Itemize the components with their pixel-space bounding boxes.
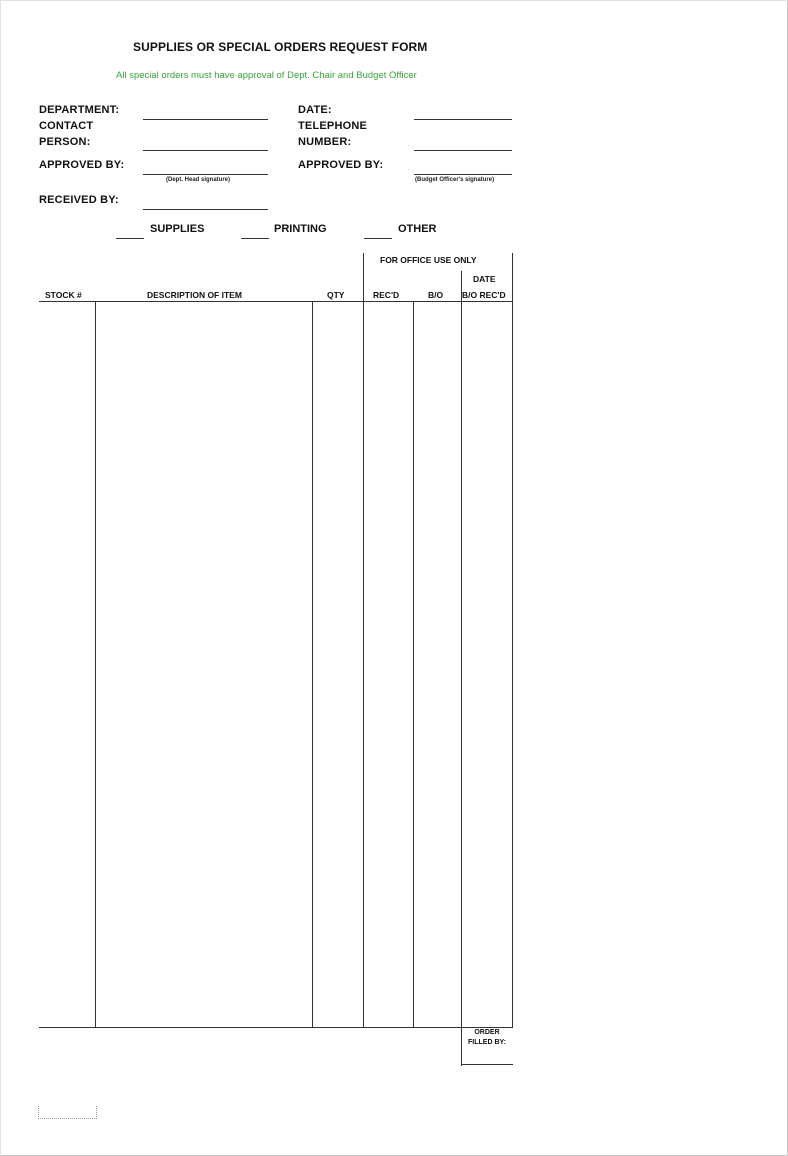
contact-label-2: PERSON: [39,136,91,148]
contact-person-field[interactable] [143,150,268,151]
printing-checkbox-blank[interactable] [241,238,269,239]
dept-head-signature-field[interactable] [143,174,268,175]
office-use-divider [363,253,364,287]
received-by-label: RECEIVED BY: [39,194,119,206]
bo-column-area[interactable] [414,302,461,1026]
date-heading: DATE [473,274,496,284]
column-header-bo: B/O [428,290,443,300]
received-by-field[interactable] [143,209,268,210]
department-label: DEPARTMENT: [39,104,119,116]
description-column-area[interactable] [96,302,312,1026]
budget-officer-signature-field[interactable] [414,174,512,175]
telephone-label-2: NUMBER: [298,136,351,148]
approved-by-budget-label: APPROVED BY: [298,159,383,171]
recd-column-area[interactable] [364,302,413,1026]
column-header-recd: REC'D [373,290,399,300]
bo-recd-column-area[interactable] [462,302,512,1026]
print-area-marker [38,1106,97,1119]
column-header-description: DESCRIPTION OF ITEM [147,290,242,300]
dept-head-signature-caption: (Dept. Head signature) [166,177,230,183]
department-field[interactable] [143,119,268,120]
telephone-field[interactable] [414,150,512,151]
approved-by-dept-label: APPROVED BY: [39,159,124,171]
printing-label: PRINTING [274,223,327,235]
qty-column-area[interactable] [313,302,363,1026]
stock-column-area[interactable] [39,302,95,1026]
column-header-qty: QTY [327,290,344,300]
telephone-label-1: TELEPHONE [298,120,367,132]
date-field[interactable] [414,119,512,120]
page: SUPPLIES OR SPECIAL ORDERS REQUEST FORM … [0,0,788,1156]
budget-officer-signature-caption: (Budget Officer's signature) [415,177,494,183]
other-checkbox-blank[interactable] [364,238,392,239]
column-header-bo-recd: B/O REC'D [462,290,506,300]
table-bottom-rule [39,1027,513,1028]
approval-notice: All special orders must have approval of… [116,70,417,81]
column-header-stock: STOCK # [45,290,82,300]
office-use-right-border [512,253,513,301]
contact-label-1: CONTACT [39,120,93,132]
other-label: OTHER [398,223,437,235]
supplies-checkbox-blank[interactable] [116,238,144,239]
filled-by-label: FILLED BY: [462,1037,512,1048]
date-label: DATE: [298,104,332,116]
order-filled-by-field[interactable] [461,1064,513,1065]
office-use-heading: FOR OFFICE USE ONLY [380,255,477,265]
form-title: SUPPLIES OR SPECIAL ORDERS REQUEST FORM [133,40,427,54]
column-divider-right [512,301,513,1027]
supplies-label: SUPPLIES [150,223,204,235]
